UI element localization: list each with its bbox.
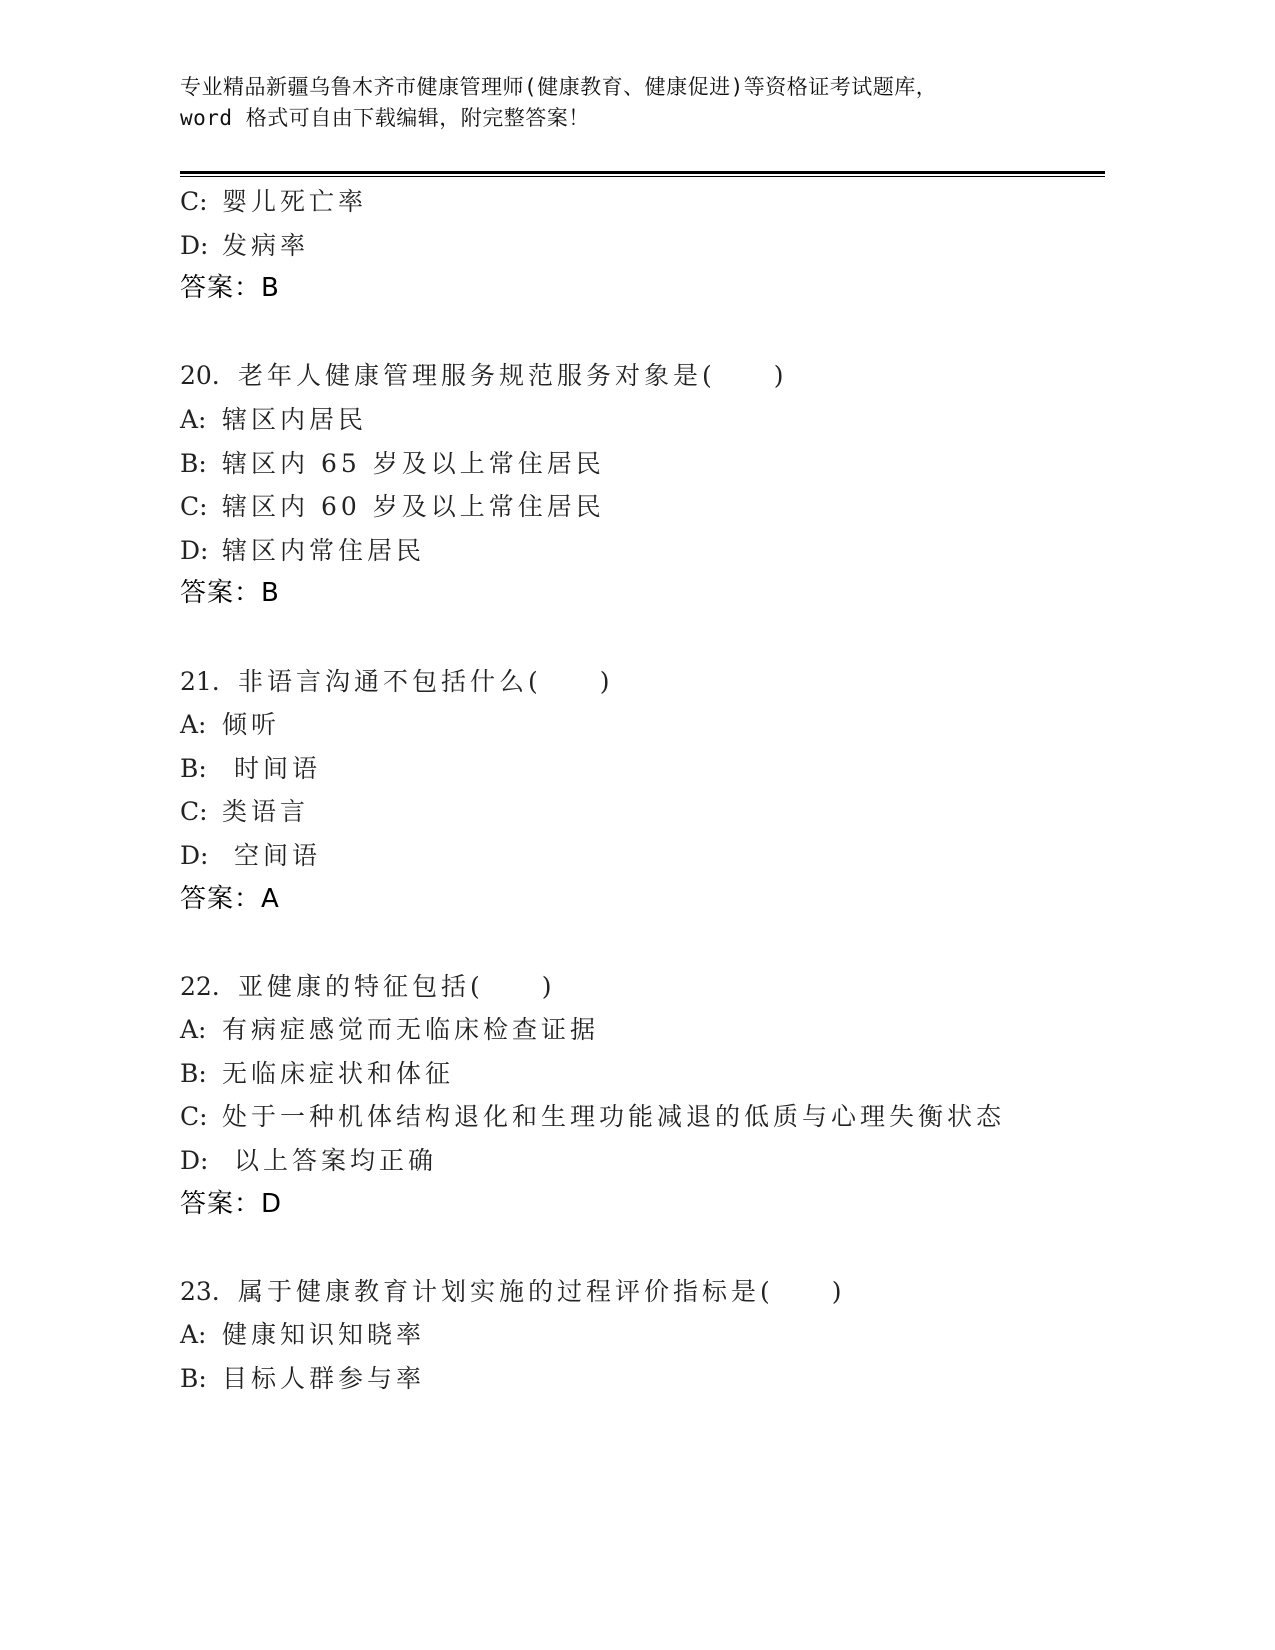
question-block-22: 22.亚健康的特征包括( ) A:有病症感觉而无临床检查证据 B:无临床症状和体… [180,965,1110,1227]
header-title-line-1: 专业精品新疆乌鲁木齐市健康管理师(健康教育、健康促进)等资格证考试题库， [180,72,1110,103]
question-stem: 21.非语言沟通不包括什么( ) [180,660,1110,704]
question-stem: 20.老年人健康管理服务规范服务对象是( ) [180,354,1110,398]
option-a: A:健康知识知晓率 [180,1313,1110,1357]
option-d: D: 空间语 [180,834,1110,878]
header-rule-thick [180,171,1105,174]
option-c: C:婴儿死亡率 [180,180,1110,224]
question-stem: 22.亚健康的特征包括( ) [180,965,1110,1009]
option-b: B: 时间语 [180,747,1110,791]
option-b: B:目标人群参与率 [180,1357,1110,1401]
option-a: A:有病症感觉而无临床检查证据 [180,1008,1110,1052]
question-block-21: 21.非语言沟通不包括什么( ) A:倾听 B: 时间语 C:类语言 D: 空间… [180,660,1110,922]
question-block-20: 20.老年人健康管理服务规范服务对象是( ) A:辖区内居民 B:辖区内 65 … [180,354,1110,616]
document-header: 专业精品新疆乌鲁木齐市健康管理师(健康教育、健康促进)等资格证考试题库， wor… [180,72,1110,134]
option-a: A:倾听 [180,703,1110,747]
document-page: 专业精品新疆乌鲁木齐市健康管理师(健康教育、健康促进)等资格证考试题库， wor… [0,0,1275,1650]
spacer [180,1226,1110,1270]
answer-line: 答案：A [180,878,1110,922]
option-c: C:类语言 [180,790,1110,834]
header-rule-thin [180,176,1105,177]
option-b: B:无临床症状和体征 [180,1052,1110,1096]
option-c: C:辖区内 60 岁及以上常住居民 [180,485,1110,529]
option-d: D: 以上答案均正确 [180,1139,1110,1183]
spacer [180,616,1110,660]
option-c: C:处于一种机体结构退化和生理功能减退的低质与心理失衡状态 [180,1095,1110,1139]
header-title-line-2: word 格式可自由下载编辑，附完整答案！ [180,103,1110,134]
question-list: C:婴儿死亡率 D:发病率 答案：B 20.老年人健康管理服务规范服务对象是( … [180,180,1110,1401]
answer-line: 答案：B [180,267,1110,311]
option-d: D:辖区内常住居民 [180,529,1110,573]
spacer [180,311,1110,355]
answer-line: 答案：B [180,572,1110,616]
option-d: D:发病率 [180,224,1110,268]
answer-line: 答案：D [180,1183,1110,1227]
spacer [180,921,1110,965]
question-block-23: 23.属于健康教育计划实施的过程评价指标是( ) A:健康知识知晓率 B:目标人… [180,1270,1110,1401]
question-stem: 23.属于健康教育计划实施的过程评价指标是( ) [180,1270,1110,1314]
option-a: A:辖区内居民 [180,398,1110,442]
question-block-continued: C:婴儿死亡率 D:发病率 答案：B [180,180,1110,311]
option-b: B:辖区内 65 岁及以上常住居民 [180,442,1110,486]
